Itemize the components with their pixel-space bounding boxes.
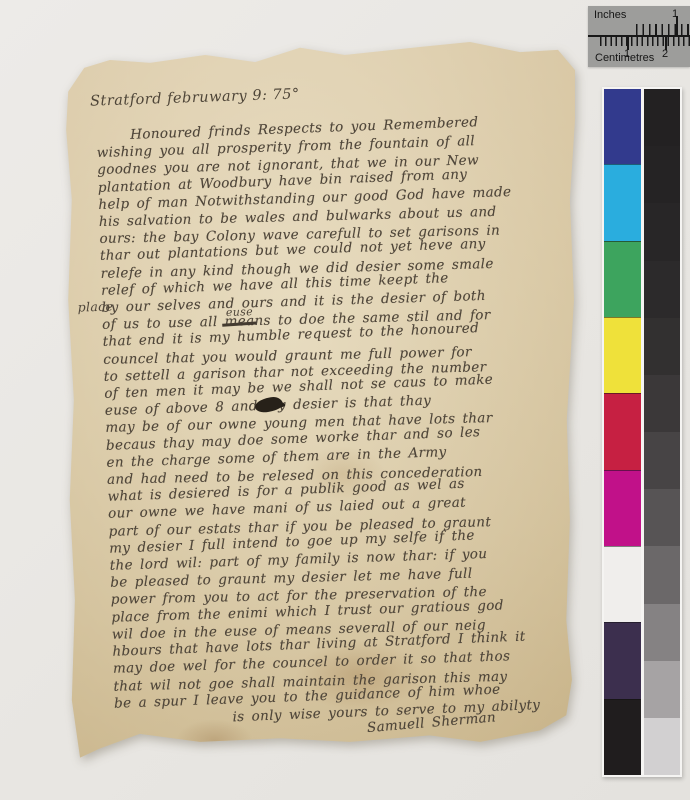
- color-patch: [604, 317, 641, 393]
- gray-step: [644, 261, 681, 318]
- gray-step: [644, 146, 681, 203]
- ruler-scale: Inches 1 1 2 Centimetres: [588, 6, 690, 67]
- color-patch: [604, 164, 641, 240]
- color-patch: [604, 89, 641, 164]
- inch-tick-strip: [636, 24, 690, 35]
- color-patch: [604, 699, 641, 775]
- inch-number-1: 1: [672, 8, 678, 20]
- manuscript-body: Honoured frinds Respects to you Remember…: [96, 114, 574, 713]
- gray-step: [644, 661, 681, 718]
- gray-step: [644, 718, 681, 775]
- color-calibration-target: [602, 87, 682, 777]
- color-patch: [604, 546, 641, 622]
- grayscale-step-column: [644, 89, 681, 775]
- color-patch: [604, 622, 641, 698]
- color-patch: [604, 241, 641, 317]
- inserted-word: euse: [226, 303, 254, 321]
- manuscript-paper: Stratford februwary 9: 75° Honoured frin…: [60, 42, 575, 762]
- manuscript-lines: Honoured frinds Respects to you Remember…: [96, 114, 574, 713]
- gray-step: [644, 604, 681, 661]
- ruler-centimetres-label: Centimetres: [595, 52, 654, 64]
- ruler-inches-label: Inches: [594, 9, 626, 21]
- cm-number-2: 2: [662, 48, 668, 60]
- color-patch-column: [604, 89, 641, 775]
- gray-step: [644, 89, 681, 146]
- color-patch: [604, 470, 641, 546]
- gray-step: [644, 318, 681, 375]
- gray-step: [644, 375, 681, 432]
- gray-step: [644, 546, 681, 603]
- cm-tick-strip: [600, 37, 690, 46]
- gray-step: [644, 203, 681, 260]
- gray-step: [644, 432, 681, 489]
- gray-step: [644, 489, 681, 546]
- margin-note: place: [77, 298, 113, 316]
- color-patch: [604, 393, 641, 469]
